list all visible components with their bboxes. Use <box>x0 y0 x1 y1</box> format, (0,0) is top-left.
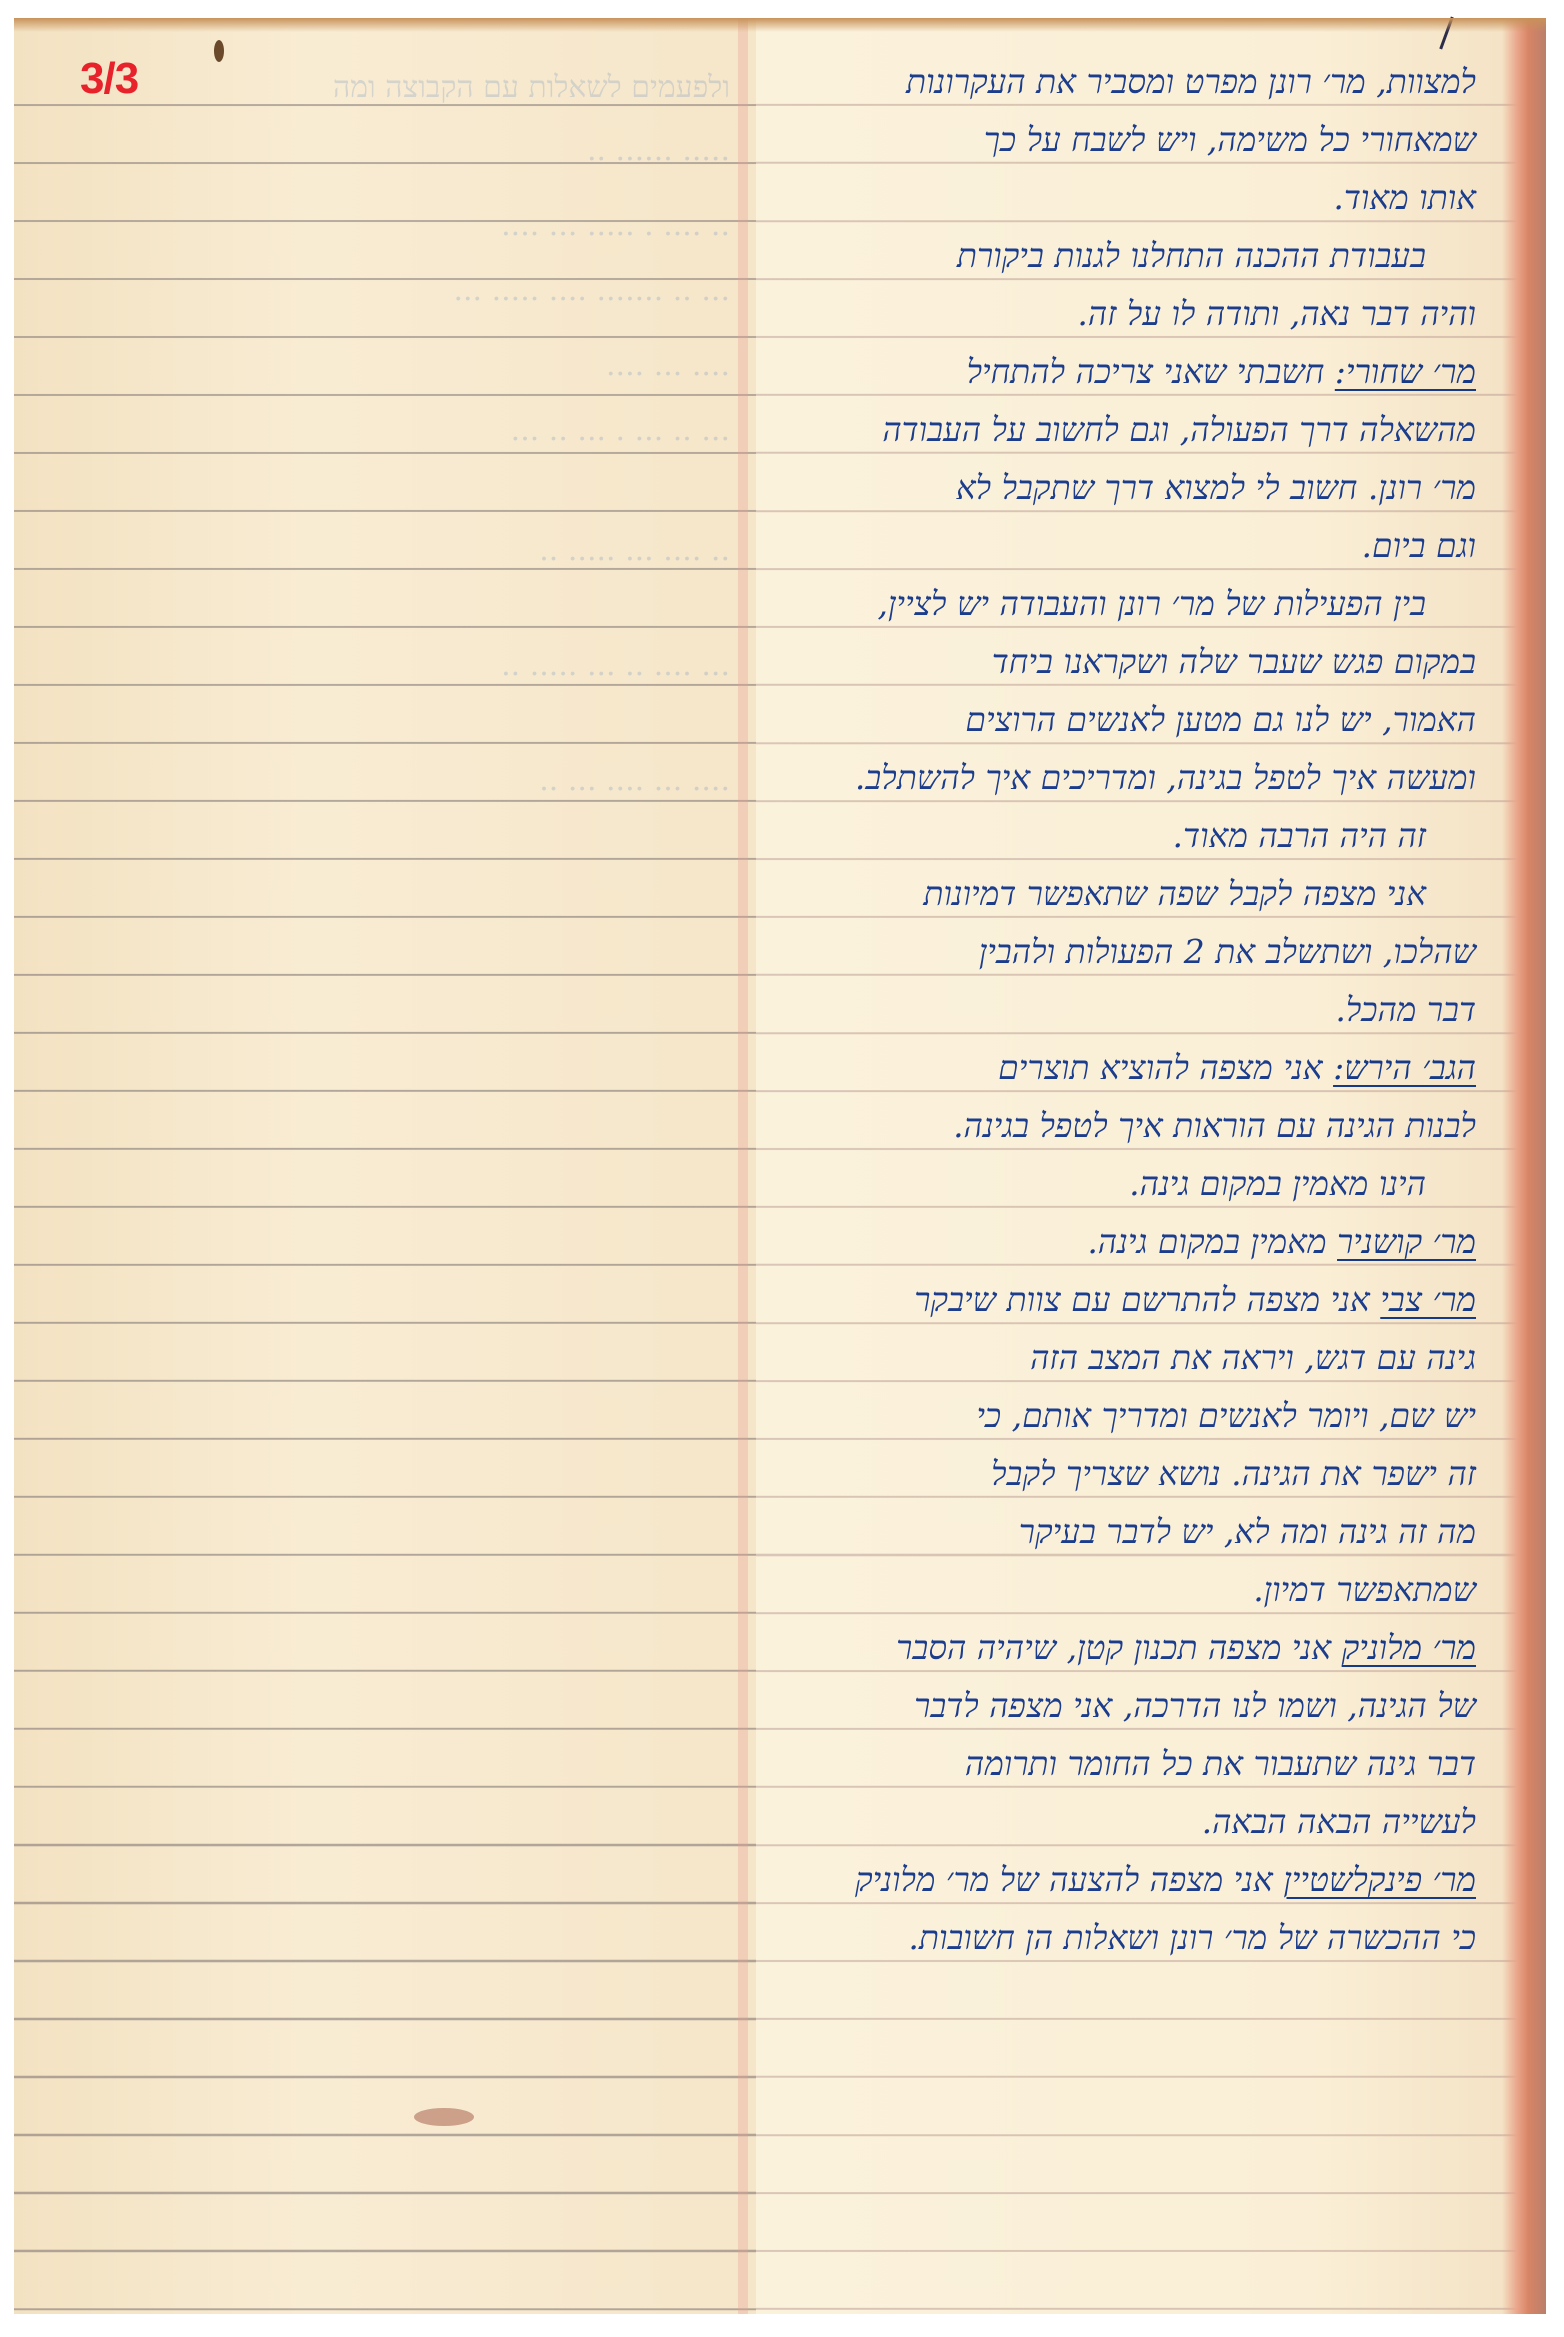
text-line: והיה דבר נאה, ותודה לו על זה. <box>1077 294 1476 334</box>
text-line: דבר גינה שתעבור את כל החומר ותרומה <box>965 1744 1476 1784</box>
text-line: מהשאלה דרך הפעולה, וגם לחשוב על העבודה <box>882 410 1476 450</box>
page-edge <box>1502 18 1546 2314</box>
speaker-name: מר׳ צבי <box>1380 1280 1476 1319</box>
text-line: וגם ביום. <box>1361 526 1476 566</box>
speaker-line: מר׳ פינקלשטיין אני מצפה להצעה של מר׳ מלו… <box>855 1860 1476 1900</box>
text-line: אני מצפה להצעה של מר׳ מלוניק <box>855 1860 1273 1899</box>
text-line: אני מצפה להוציא תוצרים <box>998 1048 1322 1087</box>
text-line: כי ההכשרה של מר׳ רונן ושאלות הן חשובות. <box>908 1918 1476 1958</box>
text-line: אני מצפה להתרשם עם צוות שיבקר <box>914 1280 1370 1319</box>
notebook-scan: ולפעמים לשאלות עם הקבוצה ומה ..... .....… <box>14 18 1546 2314</box>
bleed-through-text: ... .... .. ... ..... .. <box>50 648 730 683</box>
text-line: הינו מאמין במקום גינה. <box>1129 1164 1426 1204</box>
text-line: דבר מהכל. <box>1335 990 1476 1030</box>
bleed-through-text: .... ... .... ... .. <box>50 763 730 798</box>
bleed-through-text: .... ... .... <box>50 348 730 383</box>
text-line: זה ישפר את הגינה. נושא שצריך לקבל <box>991 1454 1476 1494</box>
speaker-line: מר׳ שחורי: חשבתי שאני צריכה להתחיל <box>967 352 1476 392</box>
text-line: מה זה גינה ומה לא, יש לדבר בעיקר <box>1019 1512 1476 1552</box>
text-line: אני מצפה תכנון קטן, שיהיה הסבר <box>896 1628 1331 1667</box>
text-line: מאמין במקום גינה. <box>1087 1222 1326 1261</box>
text-line: שמאחורי כל משימה, ויש לשבח על כך <box>984 120 1476 160</box>
speaker-line: מר׳ מלוניק אני מצפה תכנון קטן, שיהיה הסב… <box>896 1628 1476 1668</box>
text-line: מר׳ רונן. חשוב לי למצוא דרך שתקבל לא <box>956 468 1476 508</box>
bleed-through-text: .. .... ... ..... .. <box>50 533 730 568</box>
text-line: יש שם, ויומר לאנשים ומדריך אותם, כי <box>976 1396 1476 1436</box>
text-line: שמתאפשר דמיון. <box>1253 1570 1476 1610</box>
speaker-line: הגב׳ הירש: אני מצפה להוציא תוצרים <box>998 1048 1476 1088</box>
speaker-name: מר׳ פינקלשטיין <box>1283 1860 1476 1899</box>
speaker-name: מר׳ קושניר <box>1337 1222 1476 1261</box>
text-line: אני מצפה לקבל שפה שתאפשר דמיונות <box>923 874 1426 914</box>
text-line: למצוות, מר׳ רונן מפרט ומסביר את העקרונות <box>906 62 1476 102</box>
text-line: בעבודת ההכנה התחלנו לגנות ביקורת <box>957 236 1426 276</box>
bleed-through-text: ... .. ... . ... .. ... <box>50 413 730 448</box>
pen-mark <box>1439 17 1453 50</box>
bleed-through-text: ..... ...... .. <box>50 133 730 168</box>
speaker-line: מר׳ צבי אני מצפה להתרשם עם צוות שיבקר <box>914 1280 1476 1320</box>
speaker-name: הגב׳ הירש: <box>1333 1048 1476 1087</box>
bleed-through-text: ולפעמים לשאלות עם הקבוצה ומה <box>50 70 730 105</box>
text-line: חשבתי שאני צריכה להתחיל <box>967 352 1325 391</box>
text-line: שהלכו, ושתשלב את 2 הפעולות ולהבין <box>979 932 1476 972</box>
text-line: לעשייה הבאה הבאה. <box>1202 1802 1476 1842</box>
left-page-margin <box>738 18 748 2314</box>
text-line: ומעשה איך לטפל בגינה, ומדריכים איך להשתל… <box>855 758 1476 798</box>
text-line: במקום פגש שעבר שלה ושקראנו ביחד <box>992 642 1476 682</box>
text-line: בין הפעילות של מר׳ רונן והעבודה יש לציין… <box>878 584 1426 624</box>
bleed-through-text: .. .... . ..... ... .... <box>50 208 730 243</box>
text-line: גינה עם דגש, ויראה את המצב הזה <box>1030 1338 1476 1378</box>
speaker-line: מר׳ קושניר מאמין במקום גינה. <box>1087 1222 1476 1262</box>
text-line: לבנות הגינה עם הוראות איך לטפל בגינה. <box>953 1106 1476 1146</box>
ink-stain <box>414 2108 474 2126</box>
speaker-name: מר׳ מלוניק <box>1342 1628 1476 1667</box>
left-page: ולפעמים לשאלות עם הקבוצה ומה ..... .....… <box>14 18 756 2314</box>
right-page: למצוות, מר׳ רונן מפרט ומסביר את העקרונות… <box>756 18 1546 2314</box>
page-number-marker: 3/3 <box>80 54 138 104</box>
speaker-name: מר׳ שחורי: <box>1335 352 1476 391</box>
text-line: אותו מאוד. <box>1333 178 1476 218</box>
text-line: של הגינה, ושמו לנו הדרכה, אני מצפה לדבר <box>914 1686 1476 1726</box>
bleed-through-text: ... .. ....... .... ..... ... <box>50 273 730 308</box>
text-line: זה היה הרבה מאוד. <box>1173 816 1426 856</box>
text-line: האמור, יש לנו גם מטען לאנשים הרוצים <box>965 700 1476 740</box>
stain <box>214 40 224 62</box>
